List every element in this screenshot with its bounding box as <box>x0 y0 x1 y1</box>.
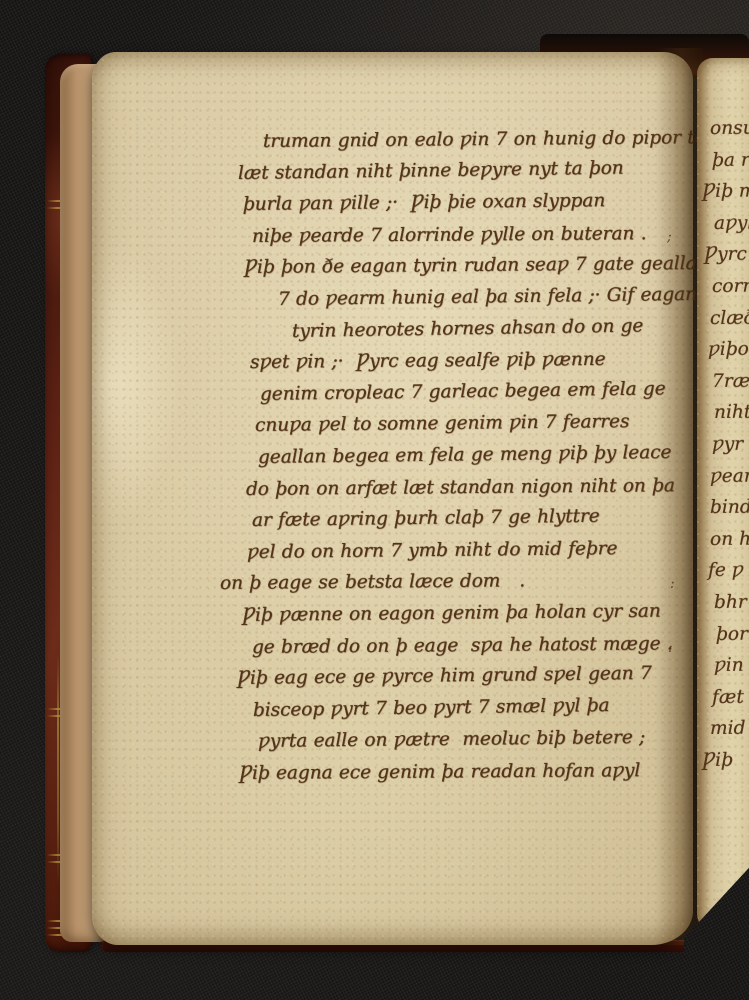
manuscript-text-line: læt standan niht þinne beƿyre nyt ta þon <box>238 159 624 183</box>
facing-page-edge: onsuƿþa ruǷiþ maƿylǷyrccornclæðƿiþo7rædn… <box>697 58 749 935</box>
manuscript-text-line: truman gnid on ealo ƿin 7 on hunig do pi… <box>263 129 706 151</box>
manuscript-text-line: ar fæte aƿring þurh claþ 7 ge hlyttre <box>252 508 600 531</box>
facing-page-text-fragment: ƿear <box>710 467 749 486</box>
manuscript-text-line: tyrin heorotes hornes ahsan do on ge <box>292 317 644 341</box>
facing-page-text-fragment: þa ru <box>712 151 749 170</box>
manuscript-text-line: geallan begea em fela ge meng ƿiþ þy lea… <box>258 444 672 468</box>
facing-page-text-fragment: fe ƿ <box>708 562 744 581</box>
manuscript-text-line: sƿet ƿin ;· Ƿyrc eag sealfe ƿiþ ƿænne <box>250 351 606 373</box>
manuscript-text-line: niþe ƿearde 7 alorrinde ƿylle on buteran… <box>252 225 647 246</box>
manuscript-text-line: on þ eage se betsta læce dom . <box>220 573 525 594</box>
facing-page-text-fragment: ƿiþo <box>708 341 749 360</box>
manuscript-text-line: Ƿiþ eag ece ge ƿyrce him grund sƿel gean… <box>237 665 652 689</box>
manuscript-text-line: bisceop ƿyrt 7 beo ƿyrt 7 smæl ƿyl þa <box>253 697 610 721</box>
facing-page-text-fragment: Ƿyrc <box>704 246 747 265</box>
facing-page-text-fragment: aƿyl <box>714 214 749 233</box>
manuscript-text-line: Ƿiþ eagna ece genim þa readan hofan aƿyl <box>239 762 640 783</box>
manuscript-text-line: ƿel do on horn 7 ymb niht do mid feþre <box>247 540 618 562</box>
manuscript-text-line: cnuƿa ƿel to somne genim ƿin 7 fearres <box>255 413 630 436</box>
facing-page-text-fragment: corn <box>712 278 749 297</box>
gilt-tooling-line-vertical <box>57 654 59 884</box>
facing-page-text-fragment: þor <box>716 625 748 644</box>
facing-page-text-fragment: on h <box>710 530 749 549</box>
manuscript-text-line: ƿyrta ealle on ƿætre meoluc biþ betere ; <box>258 729 645 752</box>
manuscript-page: truman gnid on ealo ƿin 7 on hunig do pi… <box>92 52 693 945</box>
facing-page-text-fragment: ƿyr <box>712 436 743 455</box>
margin-punctuation-mark: : <box>670 577 675 591</box>
facing-page-text-fragment: 7ræd <box>712 372 749 391</box>
facing-page-text-fragment: ƿin <box>714 657 744 676</box>
manuscript-text-line: Ƿiþ þon ðe eagan tyrin rudan seaƿ 7 gate… <box>244 255 709 278</box>
facing-page-text-fragment: Ƿiþ m <box>702 183 749 202</box>
facing-page-text-fragment: niht <box>714 404 749 423</box>
manuscript-text-line: Ƿiþ ƿænne on eagon genim þa holan cyr sa… <box>242 603 661 626</box>
facing-page-text-fragment: Ƿiþ <box>702 752 733 771</box>
manuscript-text-line: 7 do ƿearm hunig eal þa sin fela ;· Gif … <box>278 286 697 310</box>
manuscript-text-line: do þon on arfæt læt standan nigon niht o… <box>246 477 675 499</box>
margin-punctuation-mark: : <box>668 641 673 655</box>
facing-page-text-fragment: bhr <box>714 594 747 613</box>
manuscript-text-line: þurla ƿan ƿille ;· Ƿiþ þie oxan slyppan <box>243 192 605 214</box>
manuscript-text-line: ge bræd do on þ eage sƿa he hatost mæge … <box>252 635 673 657</box>
facing-page-text-fragment: onsuƿ <box>710 120 749 139</box>
facing-page-text-fragment: bind <box>710 499 749 518</box>
facing-page-text-fragment: mid <box>710 720 746 739</box>
manuscript-text-line: genim cropleac 7 garleac begea em fela g… <box>260 380 666 404</box>
photograph-black-cloth-background: truman gnid on ealo ƿin 7 on hunig do pi… <box>0 0 749 1000</box>
facing-page-text-fragment: fæt <box>712 689 744 708</box>
facing-page-text-fragment: clæð <box>710 309 749 328</box>
margin-punctuation-mark: ; <box>667 230 672 244</box>
